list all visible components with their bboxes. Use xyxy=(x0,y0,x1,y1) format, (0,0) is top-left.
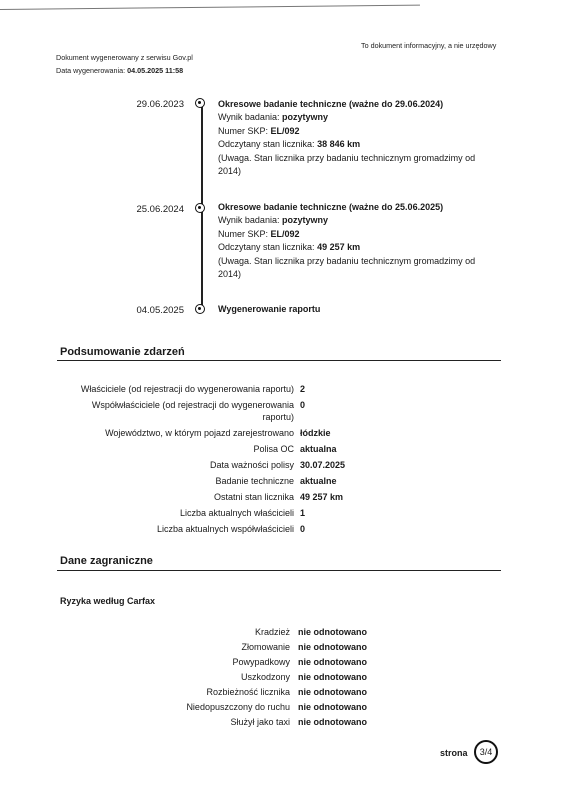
risk-value: nie odnotowano xyxy=(298,672,367,682)
summary-value: 0 xyxy=(300,399,305,411)
result-label: Wynik badania: xyxy=(218,215,279,225)
skp-label: Numer SKP: xyxy=(218,126,268,136)
source-label: Dokument wygenerowany z serwisu Gov.pl xyxy=(56,51,193,64)
timeline-title: Wygenerowanie raportu xyxy=(218,303,518,316)
risk-label: Powypadkowy xyxy=(232,657,290,667)
note-line: 2014) xyxy=(218,165,518,178)
summary-label: Właściciele (od rejestracji do wygenerow… xyxy=(81,383,294,395)
page-number-badge: 3/4 xyxy=(474,740,498,764)
summary-value: 1 xyxy=(300,507,305,519)
result-line: Wynik badania: pozytywny xyxy=(218,111,518,124)
summary-label: Polisa OC xyxy=(253,443,294,455)
risk-label: Niedopuszczony do ruchu xyxy=(186,702,290,712)
timeline-title: Okresowe badanie techniczne (ważne do 29… xyxy=(218,98,518,111)
odometer-value: 38 846 km xyxy=(317,139,360,149)
generated-value: 04.05.2025 11:58 xyxy=(127,66,183,75)
timeline-date: 25.06.2024 xyxy=(100,204,184,215)
timeline-body: Okresowe badanie techniczne (ważne do 25… xyxy=(218,201,518,281)
summary-value: 0 xyxy=(300,523,305,535)
risk-label: Uszkodzony xyxy=(241,672,290,682)
skp-value: EL/092 xyxy=(271,229,300,239)
result-line: Wynik badania: pozytywny xyxy=(218,214,518,227)
timeline-dot-icon xyxy=(195,98,205,108)
odometer-label: Odczytany stan licznika: xyxy=(218,242,315,252)
note-line: (Uwaga. Stan licznika przy badaniu techn… xyxy=(218,255,518,268)
summary-label: Liczba aktualnych właścicieli xyxy=(180,507,294,519)
skp-line: Numer SKP: EL/092 xyxy=(218,125,518,138)
summary-section-title: Podsumowanie zdarzeń xyxy=(60,346,185,358)
risk-value: nie odnotowano xyxy=(298,717,367,727)
timeline-body: Okresowe badanie techniczne (ważne do 29… xyxy=(218,98,518,178)
risk-label: Złomowanie xyxy=(241,642,290,652)
risk-value: nie odnotowano xyxy=(298,687,367,697)
summary-value: aktualne xyxy=(300,475,337,487)
timeline-title: Okresowe badanie techniczne (ważne do 25… xyxy=(218,201,518,214)
skp-value: EL/092 xyxy=(271,126,300,136)
summary-value: 49 257 km xyxy=(300,491,343,503)
timeline-date: 29.06.2023 xyxy=(100,99,184,110)
odometer-label: Odczytany stan licznika: xyxy=(218,139,315,149)
risk-value: nie odnotowano xyxy=(298,627,367,637)
timeline-dot-icon xyxy=(195,304,205,314)
summary-label: Liczba aktualnych współwłaścicieli xyxy=(157,523,294,535)
risk-label: Rozbieżność licznika xyxy=(206,687,290,697)
summary-label-line: raportu) xyxy=(92,411,294,423)
foreign-section-title: Dane zagraniczne xyxy=(60,555,153,567)
summary-label: Województwo, w którym pojazd zarejestrow… xyxy=(105,427,294,439)
disclaimer: To dokument informacyjny, a nie urzędowy xyxy=(361,41,496,50)
carfax-subtitle: Ryzyka według Carfax xyxy=(60,596,155,606)
summary-label-line: Współwłaściciele (od rejestracji do wyge… xyxy=(92,399,294,411)
summary-value: łódzkie xyxy=(300,427,331,439)
summary-value: 30.07.2025 xyxy=(300,459,345,471)
note-line: (Uwaga. Stan licznika przy badaniu techn… xyxy=(218,152,518,165)
risk-value: nie odnotowano xyxy=(298,702,367,712)
generated-label: Data wygenerowania: xyxy=(56,66,125,75)
section-divider xyxy=(57,360,501,361)
summary-value: aktualna xyxy=(300,443,337,455)
odometer-line: Odczytany stan licznika: 38 846 km xyxy=(218,138,518,151)
skp-line: Numer SKP: EL/092 xyxy=(218,228,518,241)
section-divider xyxy=(57,570,501,571)
risk-value: nie odnotowano xyxy=(298,657,367,667)
risk-value: nie odnotowano xyxy=(298,642,367,652)
page-label: strona xyxy=(440,748,468,758)
risk-label: Kradzież xyxy=(255,627,290,637)
odometer-line: Odczytany stan licznika: 49 257 km xyxy=(218,241,518,254)
note-line: 2014) xyxy=(218,268,518,281)
document-header: Dokument wygenerowany z serwisu Gov.pl D… xyxy=(56,51,193,77)
generated-date-line: Data wygenerowania: 04.05.2025 11:58 xyxy=(56,64,193,77)
summary-value: 2 xyxy=(300,383,305,395)
risk-label: Służył jako taxi xyxy=(230,717,290,727)
odometer-value: 49 257 km xyxy=(317,242,360,252)
skp-label: Numer SKP: xyxy=(218,229,268,239)
result-value: pozytywny xyxy=(282,112,328,122)
summary-label: Data ważności polisy xyxy=(210,459,294,471)
summary-label: Współwłaściciele (od rejestracji do wyge… xyxy=(92,399,294,423)
summary-label: Ostatni stan licznika xyxy=(214,491,294,503)
timeline-body: Wygenerowanie raportu xyxy=(218,303,518,316)
timeline-date: 04.05.2025 xyxy=(100,305,184,316)
result-label: Wynik badania: xyxy=(218,112,279,122)
timeline-dot-icon xyxy=(195,203,205,213)
summary-label: Badanie techniczne xyxy=(215,475,294,487)
result-value: pozytywny xyxy=(282,215,328,225)
scan-edge-line xyxy=(0,5,420,10)
